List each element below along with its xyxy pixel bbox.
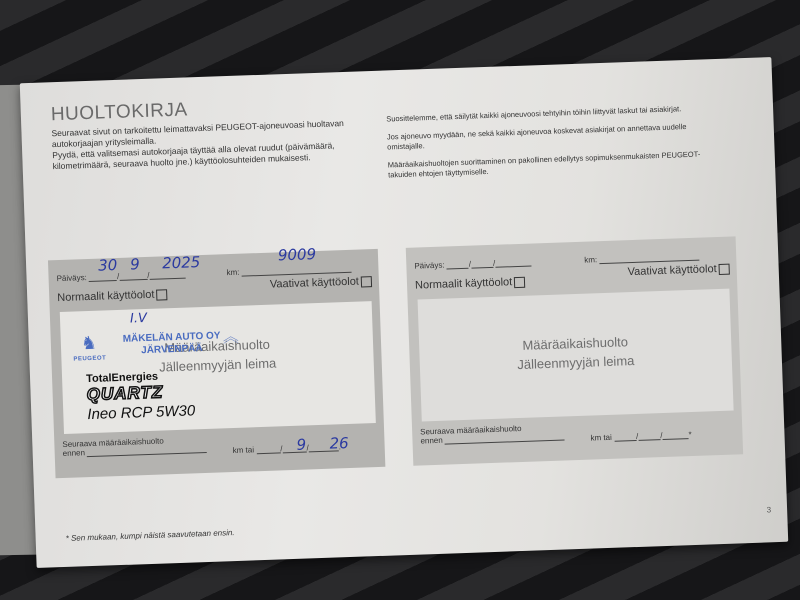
before-label: ennen: [420, 436, 443, 446]
citroen-chevron-icon: ︽: [222, 324, 239, 348]
before-label: ennen: [63, 448, 86, 458]
conditions-row: Normaalit käyttöolot Vaativat käyttöolot: [57, 281, 372, 304]
demanding-conditions-checkbox[interactable]: [361, 276, 372, 287]
date-label: Päiväys:: [414, 261, 445, 271]
km-label: km:: [584, 255, 597, 264]
stamp-placeholder: Määräaikaishuolto Jälleenmyyjän leima: [419, 329, 732, 378]
normal-conditions-checkbox[interactable]: [156, 289, 167, 300]
conditions-row: Normaalit käyttöolot Vaativat käyttöolot: [415, 269, 730, 292]
intro-paragraph: Jos ajoneuvo myydään, ne sekä kaikki ajo…: [387, 121, 717, 153]
demanding-conditions-checkbox[interactable]: [718, 263, 729, 274]
intro-left: Seuraavat sivut on tarkoitettu leimattav…: [51, 117, 372, 172]
km-or-label: km tai: [590, 433, 612, 443]
intro-paragraph: Määräaikaishuoltojen suorittaminen on pa…: [388, 149, 718, 181]
next-service-row: Seuraava määräaikaishuolto ennen km tai …: [420, 416, 740, 445]
peugeot-lion-icon: ♞: [81, 333, 98, 355]
page-number: 3: [767, 505, 772, 514]
service-book-page: HUOLTOKIRJA Seuraavat sivut on tarkoitet…: [20, 57, 788, 568]
handwritten-next-month: 9: [296, 436, 306, 454]
handwritten-km: 9009: [278, 245, 317, 264]
handwritten-year: 2025: [162, 253, 201, 272]
dealer-stamp-area: Määräaikaishuolto Jälleenmyyjän leima I.…: [60, 301, 376, 434]
handwritten-day: 30: [98, 256, 118, 275]
oil-product: QUARTZ: [86, 382, 163, 405]
demanding-conditions-label: Vaativat käyttöolot: [627, 263, 716, 278]
dealer-stamp-area: Määräaikaishuolto Jälleenmyyjän leima: [418, 289, 734, 422]
intro-right: Suosittelemme, että säilytät kaikki ajon…: [386, 103, 718, 188]
normal-conditions-checkbox[interactable]: [514, 276, 525, 287]
service-entry-2: Päiväys: // km: Normaalit käyttöolot Vaa…: [406, 236, 743, 465]
service-entry-1: Päiväys: // km: 30 9 2025 9009 Normaalit…: [48, 249, 385, 478]
handwritten-initials: I.V: [130, 311, 147, 327]
handwritten-month: 9: [130, 255, 140, 273]
km-or-label: km tai: [233, 445, 255, 455]
date-label: Päiväys:: [56, 273, 87, 283]
handwritten-next-year: 26: [329, 434, 349, 453]
km-label: km:: [226, 268, 239, 277]
normal-conditions-label: Normaalit käyttöolot: [57, 289, 155, 304]
normal-conditions-label: Normaalit käyttöolot: [415, 276, 513, 291]
oil-spec: Ineo RCP 5W30: [87, 402, 195, 423]
dealer-city: JÄRVENPÄÄ: [141, 343, 203, 356]
peugeot-logo-text: PEUGEOT: [73, 355, 106, 362]
demanding-conditions-label: Vaativat käyttöolot: [270, 276, 359, 291]
page-title: HUOLTOKIRJA: [51, 99, 188, 126]
footnote: * Sen mukaan, kumpi näistä saavutetaan e…: [66, 528, 235, 543]
intro-paragraph: Suosittelemme, että säilytät kaikki ajon…: [386, 103, 716, 125]
